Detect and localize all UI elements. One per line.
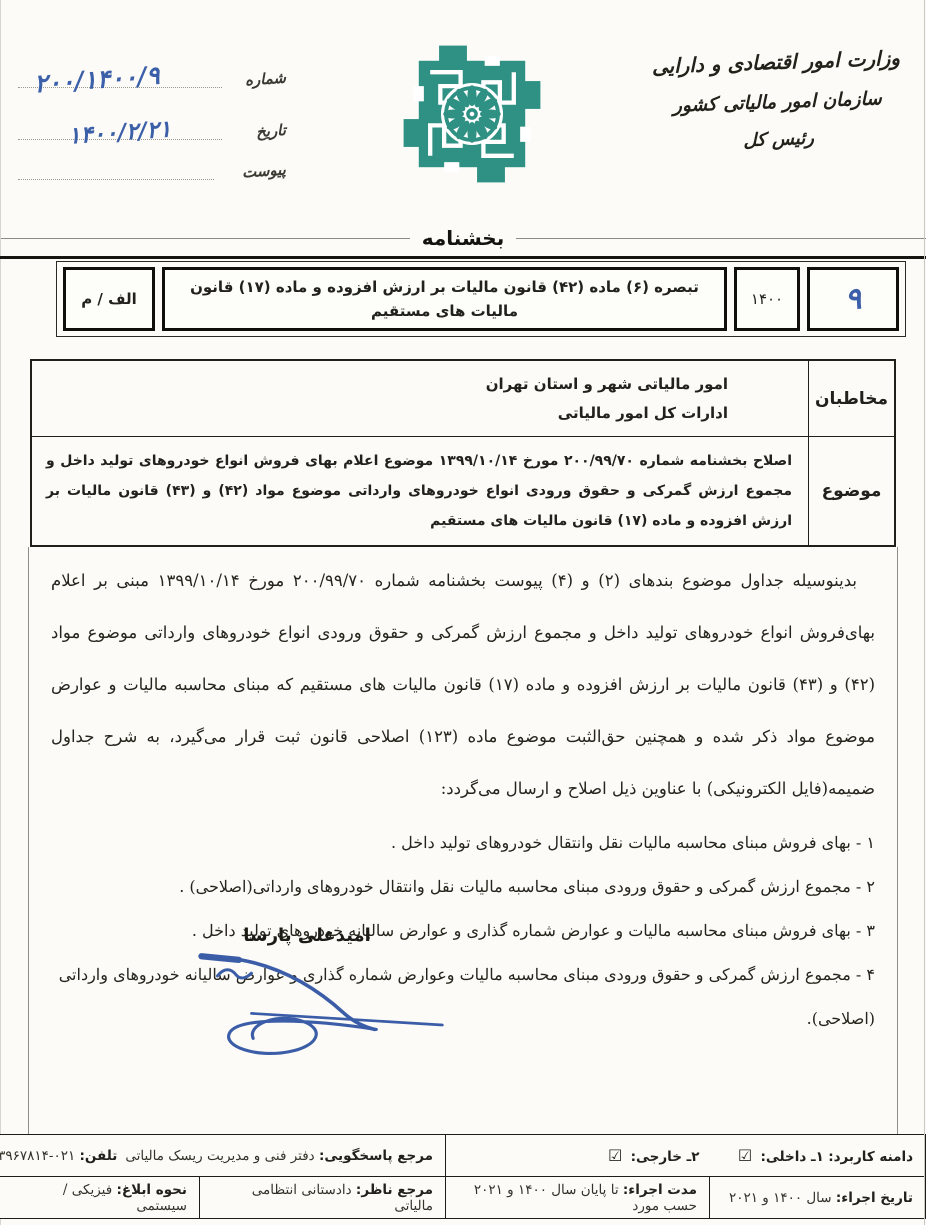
logo-container [300, 36, 644, 208]
checked-checkbox-icon: ☑ [738, 1146, 752, 1165]
subject-row: موضوع اصلاح بخشنامه شماره ۲۰۰/۹۹/۷۰ مورخ… [32, 436, 894, 545]
execution-date-label: تاریخ اجراء: [836, 1190, 913, 1206]
issuing-authority-block: وزارت امور اقتصادی و دارایی سازمان امور … [641, 31, 915, 212]
attachment-label: پیوست [242, 160, 287, 181]
circular-title: بخشنامه [422, 226, 504, 250]
scope-external-label: ۲ـ خارجی: [631, 1149, 700, 1165]
responder-value: دفتر فنی و مدیریت ریسک مالیاتی [125, 1148, 314, 1164]
notification-method-label: نحوه ابلاغ: [116, 1182, 187, 1198]
addressees-row: مخاطبان امور مالیاتی شهر و استان تهران ا… [32, 361, 894, 436]
number-handwritten-value: ۲۰۰/۱۴۰۰/۹ [33, 61, 160, 99]
classification-row: ۹ ۱۴۰۰ تبصره (۶) ماده (۴۲) قانون مالیات … [56, 261, 906, 337]
circular-title-band: بخشنامه [0, 226, 926, 250]
tax-administration-emblem-icon [396, 38, 548, 190]
phone-value: ۰۲۱-۳۳۹۶۷۸۱۴ [0, 1148, 75, 1164]
subject-text: اصلاح بخشنامه شماره ۲۰۰/۹۹/۷۰ مورخ ۱۳۹۹/… [46, 446, 792, 536]
subject-content: اصلاح بخشنامه شماره ۲۰۰/۹۹/۷۰ مورخ ۱۳۹۹/… [32, 437, 808, 545]
scope-cell: دامنه کاربرد: ۱ـ داخلی: ☑ ۲ـ خارجی: ☑ [445, 1135, 925, 1177]
short-subject-box: تبصره (۶) ماده (۴۲) قانون مالیات بر ارزش… [162, 267, 727, 331]
attachment-row: پیوست [8, 150, 300, 190]
footer-row-2: تاریخ اجراء: سال ۱۴۰۰ و ۲۰۲۱ مدت اجراء: … [0, 1177, 926, 1219]
execution-duration-cell: مدت اجراء: تا پایان سال ۱۴۰۰ و ۲۰۲۱ حسب … [445, 1177, 709, 1219]
notification-method-cell: نحوه ابلاغ: فیزیکی / سیستمی [0, 1177, 199, 1219]
scope-internal-label: ۱ـ داخلی: [760, 1149, 823, 1165]
checked-checkbox-icon: ☑ [608, 1146, 622, 1165]
handwritten-signature-icon [186, 942, 456, 1058]
addressees-content: امور مالیاتی شهر و استان تهران ادارات کل… [32, 361, 808, 436]
title-rule-right [516, 238, 926, 239]
addressee-line: ادارات کل امور مالیاتی [46, 399, 792, 428]
scope-label: دامنه کاربرد: [828, 1149, 913, 1165]
footer-table: دامنه کاربرد: ۱ـ داخلی: ☑ ۲ـ خارجی: ☑ مر… [0, 1134, 926, 1219]
year-box: ۱۴۰۰ [734, 267, 800, 331]
ministry-name: وزارت امور اقتصادی و دارایی [642, 45, 911, 78]
date-handwritten-value: ۱۴۰۰/۲/۲۱ [67, 115, 172, 149]
date-label: تاریخ [256, 121, 287, 141]
number-row: شماره ۲۰۰/۱۴۰۰/۹ [8, 46, 300, 98]
subject-label: موضوع [808, 437, 894, 545]
supervisor-label: مرجع ناظر: [356, 1182, 433, 1198]
letterhead: وزارت امور اقتصادی و دارایی سازمان امور … [0, 0, 926, 208]
scanned-circular-document: وزارت امور اقتصادی و دارایی سازمان امور … [0, 0, 926, 1225]
number-label: شماره [245, 69, 287, 90]
addressee-line: امور مالیاتی شهر و استان تهران [46, 370, 792, 399]
organization-name: سازمان امور مالیاتی کشور [643, 87, 912, 117]
addressees-label: مخاطبان [808, 361, 894, 436]
date-row: تاریخ ۱۴۰۰/۲/۲۱ [8, 98, 300, 150]
signature-block: امیدعلی پارسا [157, 925, 457, 1062]
serial-number-box: ۹ [807, 267, 899, 331]
attachment-dotted-line [18, 179, 214, 180]
meta-table: مخاطبان امور مالیاتی شهر و استان تهران ا… [30, 359, 896, 547]
supervisor-cell: مرجع ناظر: دادستانی انتظامی مالیاتی [199, 1177, 445, 1219]
responder-phone-cell: مرجع پاسخگویی: دفتر فنی و مدیریت ریسک ما… [0, 1135, 445, 1177]
phone-label: تلفن: [80, 1148, 118, 1164]
execution-duration-label: مدت اجراء: [623, 1182, 697, 1198]
classification-band: ۹ ۱۴۰۰ تبصره (۶) ماده (۴۲) قانون مالیات … [0, 256, 926, 337]
list-item: ۲ - مجموع ارزش گمرکی و حقوق ورودی مبنای … [51, 865, 875, 909]
execution-date-value: سال ۱۴۰۰ و ۲۰۲۱ [729, 1190, 832, 1206]
responder-label: مرجع پاسخگویی: [319, 1148, 433, 1164]
title-rule-left [0, 238, 410, 239]
body-paragraph: بدینوسیله جداول موضوع بندهای (۲) و (۴) پ… [51, 555, 875, 815]
footer-row-1: دامنه کاربرد: ۱ـ داخلی: ☑ ۲ـ خارجی: ☑ مر… [0, 1135, 926, 1177]
document-reference-block: شماره ۲۰۰/۱۴۰۰/۹ تاریخ ۱۴۰۰/۲/۲۱ پیوست [8, 36, 300, 208]
classification-code-box: الف / م [63, 267, 155, 331]
serial-handwritten-value: ۹ [843, 281, 863, 317]
list-item: ۱ - بهای فروش مبنای محاسبه مالیات نقل وا… [51, 821, 875, 865]
body-section: بدینوسیله جداول موضوع بندهای (۲) و (۴) پ… [28, 547, 898, 1189]
execution-date-cell: تاریخ اجراء: سال ۱۴۰۰ و ۲۰۲۱ [710, 1177, 926, 1219]
signatory-title: رئیس کل [644, 124, 913, 154]
